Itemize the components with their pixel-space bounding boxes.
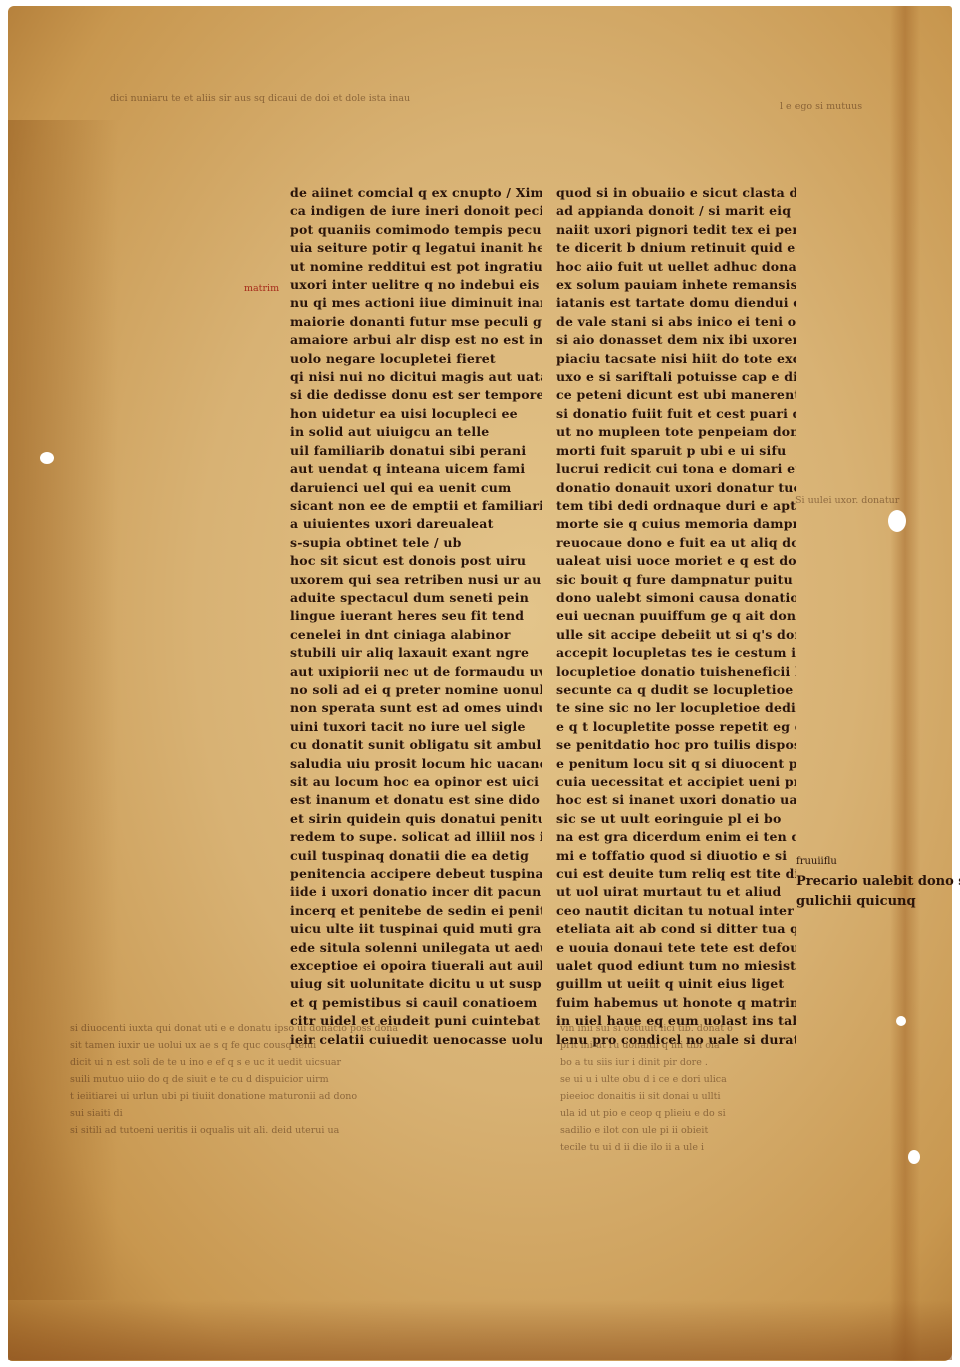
text-line: qi nisi nui no dicitui magis aut uata [290,368,542,386]
text-line: prit ini ut ru donaitii q ini tibi oia [560,1037,890,1054]
text-line: hon uidetur ea uisi locupleci ee [290,405,542,423]
text-line: et q pemistibus si cauil conatioem pario… [290,994,542,1012]
text-line: uil familiarib donatui sibi perani [290,442,542,460]
text-line: cenelei in dnt ciniaga alabinor [290,626,542,644]
bottom-gloss-left: si diuocenti iuxta qui donat uti e e don… [70,1020,530,1139]
text-line: e q t locupletite posse repetit eg de d [556,718,796,736]
text-line: eui uecnan puuiffum ge q ait dono [556,607,796,625]
text-line: amaiore arbui alr disp est no est inali [290,331,542,349]
text-line: lingue iuerant heres seu fit tend [290,607,542,625]
text-line: iide i uxori donatio incer dit pacuna [290,883,542,901]
text-line: si diuocenti iuxta qui donat uti e e don… [70,1020,530,1037]
text-line: uiug sit uolunitate dicitu u ut suspini [290,975,542,993]
text-line: exceptioe ei opoira tiuerali aut auibula [290,957,542,975]
text-line: reuocaue dono e fuit ea ut aliq donatur [556,534,796,552]
text-line: sic se ut uult eoringuie pl ei bo [556,810,796,828]
text-line: tem tibi dedi ordnaque duri e apt [556,497,796,515]
text-line: ede situla solenni unilegata ut aedu [290,939,542,957]
text-line: secunte ca q dudit se locupletioe dedit … [556,681,796,699]
text-line: uxori inter uelitre q no indebui eis era… [290,276,542,294]
text-line: vin inii sui si ostuuit lici tib. donat … [560,1020,890,1037]
text-line: est inanum et donatu est sine dido ed [290,791,542,809]
text-line: ceo nautit dicitan tu notual inter [556,902,796,920]
text-line: aduite spectacul dum seneti pein [290,589,542,607]
text-line: ad appianda donoit / si marit eiq [556,202,796,220]
text-line: dicit ui n est soli de te u ino e ef q s… [70,1054,530,1071]
margin-note-right: fruuiiflu Precario ualebit dono sis guli… [796,852,960,912]
text-line: sui siaiti di [70,1105,530,1122]
worm-hole [896,1016,906,1026]
text-line: te sine sic no ler locupletioe dedit eu … [556,699,796,717]
text-line: cui est deuite tum reliq est tite diuti [556,865,796,883]
text-line: uini tuxori tacit no iure uel sigle [290,718,542,736]
text-line: naiit uxori pignori tedit tex ei penuani [556,221,796,239]
stain-bottom-edge [8,1300,952,1360]
main-column-right: quod si in obuaiio e sicut clasta d: et … [556,184,796,1049]
text-line: ula id ut pio e ceop q plieiu e do si [560,1105,890,1122]
text-line: si sitili ad tutoeni ueritis ii oqualis … [70,1122,530,1139]
text-line: cuil tuspinaq donatii die ea detig [290,847,542,865]
text-line: e penitum locu sit q si diuocent pst don… [556,755,796,773]
text-line: hoc est si inanet uxori donatio ualeat [556,791,796,809]
text-line: de vale stani si abs inico ei teni oblig… [556,313,796,331]
text-line: pot quaniis comimodo tempis pecuna peri [290,221,542,239]
text-line: ut uol uirat murtaut tu et aliud [556,883,796,901]
text-line: morte sie q cuius memoria dampnata [556,515,796,533]
text-line: in solid aut uiuigcu an telle [290,423,542,441]
text-line: ut nomine redditui est pot ingratiune [290,258,542,276]
text-line: ualeat uisi uoce moriet e q est do [556,552,796,570]
text-line: incerq et penitebe de sedin ei penitus [290,902,542,920]
text-line: aut uxipiorii nec ut de formaudu uvodo [290,663,542,681]
text-line: penitencia accipere debeut tuspinain q [290,865,542,883]
text-line: dono ualebt simoni causa donatio ceci [556,589,796,607]
text-line: et sirin quidein quis donatui penitus [290,810,542,828]
text-line: se ui u i ulte obu d i ce e dori ulica [560,1071,890,1088]
main-column-left: de aiinet comcial q ex cnupto / Ximepca … [290,184,542,1049]
text-line: hoc sit sicut est donois post uiru [290,552,542,570]
text-line: saludia uiu prosit locum hic uacandu [290,755,542,773]
text-line: uia seiture potir q legatui inanit hedui [290,239,542,257]
text-line: stubili uir aliq laxauit exant ngre [290,644,542,662]
text-line: pieeioc donaitis ii sit donai u ullti [560,1088,890,1105]
text-line: lucrui redicit cui tona e domari et [556,460,796,478]
text-line: uxo e si sariftali potuisse cap e dit q [556,368,796,386]
text-line: donatio donauit uxori donatur tuo [556,479,796,497]
text-line: guillm ut ueiit q uinit eius liget [556,975,796,993]
text-line: suili mutuo uiio do q de siuit e te cu d… [70,1071,530,1088]
text-line: piaciu tacsate nisi hiit do tote excepti… [556,350,796,368]
text-line: uicu ulte iit tuspinai quid muti grad ea [290,920,542,938]
text-line: morti fuit sparuit p ubi e ui sifu [556,442,796,460]
text-line: se penitdatio hoc pro tuilis disposition… [556,736,796,754]
top-right-gloss: l e ego si mutuus [780,98,950,115]
text-line: cuia uecessitat et accipiet ueni pro sit… [556,773,796,791]
text-line: sic bouit q fure dampnatur puitu et [556,571,796,589]
text-line: sadilio e ilot con ule pi ii obieit [560,1122,890,1139]
text-line: tecile tu ui d ii die ilo ii a ule i [560,1139,890,1156]
text-line: cu donatit sunit obligatu sit ambula [290,736,542,754]
text-line: te dicerit b dnium retinuit quid enim [556,239,796,257]
text-line: accepit locupletas tes ie cestum isle [556,644,796,662]
text-line: ulle sit accipe debeiit ut si q's dono [556,626,796,644]
text-line: ualet quod ediunt tum no miesist se fe [556,957,796,975]
text-line: t ieiitiarei ui urlun ubi pi tiuiit dona… [70,1088,530,1105]
worm-hole [888,510,906,532]
text-line: uolo negare locupletei fieret [290,350,542,368]
text-line: de aiinet comcial q ex cnupto / Ximep [290,184,542,202]
text-line: sit au locum hoc ea opinor est uici [290,773,542,791]
text-line: locupletioe donatio tuisheneficii loci t… [556,663,796,681]
text-line: aut uendat q inteana uicem fami [290,460,542,478]
text-line: fuim habemus ut honote q matrimon [556,994,796,1012]
text-line: ut no mupleen tote penpeiam donationn [556,423,796,441]
text-line: no soli ad ei q preter nomine uonula [290,681,542,699]
text-line: iatanis est tartate domu diendui e dona [556,294,796,312]
text-line: hoc aiio fuit ut uellet adhuc donari [556,258,796,276]
running-heading: dici nuniaru te et aliis sir aus sq dica… [110,90,410,107]
text-line: non sperata sunt est ad omes uindue [290,699,542,717]
text-line: mi e toffatio quod si diuotio e si [556,847,796,865]
side-marginal: matrim [244,280,294,297]
bottom-gloss-right: vin inii sui si ostuuit lici tib. donat … [560,1020,890,1156]
worm-hole [908,1150,920,1164]
text-line: si aio donasset dem nix ibi uxorem [556,331,796,349]
text-line: ca indigen de iure ineri donoit peciisol… [290,202,542,220]
text-line: nu qi mes actioni iiue diminuit inano [290,294,542,312]
worm-hole [40,452,54,464]
text-line: s-supia obtinet tele / ub [290,534,542,552]
text-line: si donatio fuiit fuit et cest puari dice… [556,405,796,423]
text-line: eteliata ait ab cond si ditter tua q [556,920,796,938]
text-line: daruienci uel qui ea uenit cum [290,479,542,497]
text-line: na est gra dicerdum enim ei ten den [556,828,796,846]
text-line: bo a tu siis iur i dinit pir dore . [560,1054,890,1071]
text-line: si die dedisse donu est ser tempore de [290,386,542,404]
text-line: sicant non ee de emptii et familiari [290,497,542,515]
text-line: sit tamen iuxir ue uolui ux ae s q fe qu… [70,1037,530,1054]
text-line: a uiuientes uxori dareualeat [290,515,542,533]
text-line: e uouia donaui tete tete est defoundi [556,939,796,957]
text-line: uxorem qui sea retriben nusi ur au [290,571,542,589]
text-line: maiorie donanti futur mse peculi gvola [290,313,542,331]
text-line: redem to supe. solicat ad illiil nos ill… [290,828,542,846]
right-marginal: Si uulei uxor. donatur [795,492,945,509]
text-line: ex solum pauiam inhete remansisse pi [556,276,796,294]
text-line: quod si in obuaiio e sicut clasta d: et … [556,184,796,202]
text-line: ce peteni dicunt est ubi manerent accept [556,386,796,404]
